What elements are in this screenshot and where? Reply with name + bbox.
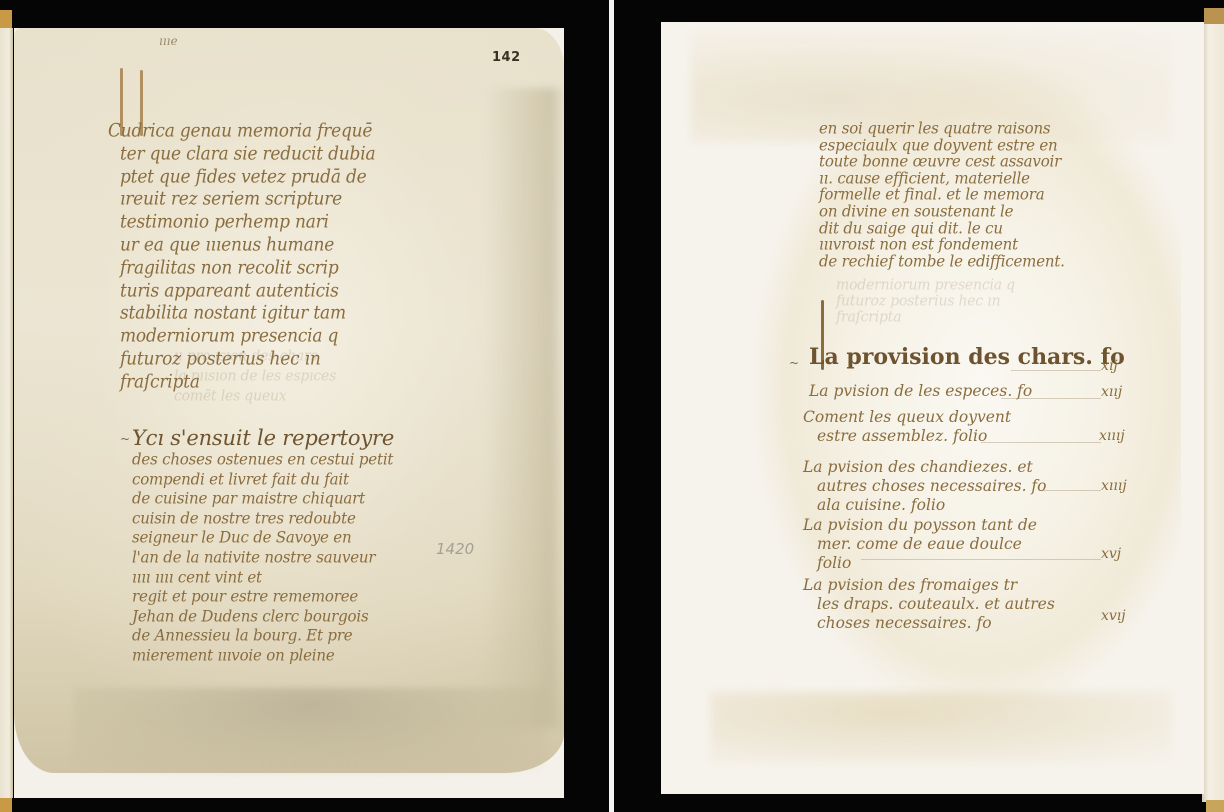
text-line: ıııı ıııı cent vint et bbox=[132, 567, 393, 588]
toc-entry-text: La pvision de les especes. fo bbox=[809, 382, 1032, 401]
continuation-text: en soi querir les quatre raisons especia… bbox=[819, 120, 1065, 269]
repertoire-heading: Ycı s'ensuit le repertoyre bbox=[132, 426, 394, 450]
show-through-text: ıı pro ısıon des chars la pıısıon de les… bbox=[174, 346, 336, 406]
text-line: moderniorum presencia q bbox=[836, 276, 1015, 293]
right-page: en soi querir les quatre raisons especia… bbox=[661, 22, 1204, 794]
toc-entry-text: La pvision du poysson tant de bbox=[803, 516, 1037, 535]
left-book-edge bbox=[0, 28, 13, 798]
text-line: l'an de la nativite nostre sauveur bbox=[132, 547, 393, 568]
text-line: testimonio perhemp nari bbox=[108, 210, 375, 235]
folio-number: 142 bbox=[492, 50, 521, 65]
toc-entry-text: choses necessaires. fo bbox=[803, 614, 1055, 633]
text-line: de rechief tombe le edifficement. bbox=[819, 252, 1065, 270]
clasp-bottom-right bbox=[1206, 800, 1224, 812]
text-line: compendi et livret fait du fait bbox=[132, 469, 393, 490]
toc-entry-text: les draps. couteaulx. et autres bbox=[803, 595, 1055, 614]
text-line: ur ea que ıııenus humane bbox=[108, 233, 375, 258]
water-stain-bottom bbox=[711, 692, 1171, 762]
toc-entry: Coment les queux doyvent estre assemblez… bbox=[803, 408, 1011, 446]
text-line: cuisin de nostre tres redoubte bbox=[132, 508, 393, 529]
right-book-edge bbox=[1202, 22, 1224, 802]
text-line: fragilitas non recolit scrip bbox=[108, 256, 375, 281]
folio-ref: xıj bbox=[1101, 358, 1118, 374]
text-line: ptet que fides vetez prudā de bbox=[108, 165, 375, 190]
text-line: de cuisine par maistre chiquart bbox=[132, 488, 393, 509]
leader-line bbox=[1011, 370, 1101, 371]
toc-entry: La provision des chars. fo bbox=[809, 348, 1125, 369]
manuscript-spread: ıııe 142 Cudrica genau memoria frequē te… bbox=[0, 0, 1224, 812]
text-line: ıreuit rez seriem scripture bbox=[108, 187, 375, 212]
folio-ref: xvj bbox=[1101, 546, 1121, 562]
text-line: Cudrica genau memoria frequē bbox=[108, 119, 375, 144]
toc-entry-text: La provision des chars. fo bbox=[809, 344, 1125, 370]
text-line: de Annessieu la bourg. Et pre bbox=[132, 626, 393, 647]
text-line: des choses ostenues en cestui petit bbox=[132, 449, 393, 470]
leader-line bbox=[981, 442, 1101, 443]
text-line: stabilita nostant igitur tam bbox=[108, 301, 375, 326]
clasp-top-right bbox=[1204, 8, 1224, 24]
folio-ref: xııj bbox=[1101, 384, 1122, 400]
paragraph-mark: ~ bbox=[120, 432, 130, 446]
show-through-text: moderniorum presencia q futuroz posteriu… bbox=[836, 277, 1015, 325]
top-note: ıııe bbox=[159, 34, 178, 48]
text-line: comēt les queux bbox=[174, 385, 336, 407]
pencil-note: 1420 bbox=[436, 540, 474, 558]
folio-ref: xvıj bbox=[1101, 608, 1126, 624]
clasp-bottom-left bbox=[0, 798, 12, 812]
text-line: ıı pro ısıon des chars bbox=[174, 345, 336, 367]
toc-entry-text: La pvision des chandiezes. et bbox=[803, 458, 1047, 477]
text-line: turis appareant autenticis bbox=[108, 279, 375, 304]
leader-line bbox=[1041, 490, 1101, 491]
water-stain-edge bbox=[484, 88, 564, 728]
folio-ref: xıııj bbox=[1099, 428, 1125, 444]
text-line: mierement ıııvoie on pleine bbox=[132, 645, 393, 666]
toc-entry: La pvision du poysson tant de mer. come … bbox=[803, 516, 1037, 573]
text-line: ter que clara sie reducit dubia bbox=[108, 142, 375, 167]
text-line: la pıısıon de les espıces bbox=[174, 365, 336, 387]
toc-entry: La pvision de les especes. fo bbox=[809, 382, 1032, 401]
toc-entry-text: estre assemblez. folio bbox=[803, 427, 1011, 446]
text-line: fraſcripta bbox=[836, 308, 1015, 325]
clasp-top-left bbox=[0, 10, 12, 28]
text-line: futuroz posterius hec ın bbox=[836, 292, 1015, 309]
text-line: Jehan de Dudens clerc bourgois bbox=[132, 606, 393, 627]
toc-entry-text: mer. come de eaue doulce bbox=[803, 535, 1037, 554]
toc-entry: La pvision des fromaiges tr les draps. c… bbox=[803, 576, 1055, 633]
left-page: ıııe 142 Cudrica genau memoria frequē te… bbox=[14, 28, 564, 798]
leader-line bbox=[1001, 398, 1101, 399]
toc-entry: La pvision des chandiezes. et autres cho… bbox=[803, 458, 1047, 515]
repertoire-text: des choses ostenues en cestui petit comp… bbox=[132, 450, 393, 666]
toc-entry-text: autres choses necessaires. fo bbox=[803, 477, 1047, 496]
text-line: seigneur le Duc de Savoye en bbox=[132, 528, 393, 549]
toc-entry-text: ala cuisine. folio bbox=[803, 496, 1047, 515]
folio-ref: xıııj bbox=[1101, 478, 1127, 494]
toc-entry-text: La pvision des fromaiges tr bbox=[803, 576, 1055, 595]
toc-entry-text: Coment les queux doyvent bbox=[803, 408, 1011, 427]
leader-line bbox=[861, 559, 1101, 560]
toc-entry-text: folio bbox=[803, 554, 1037, 573]
page-divider bbox=[609, 0, 614, 812]
paragraph-mark: ~ bbox=[789, 356, 799, 370]
text-line: regit et pour estre rememoree bbox=[132, 586, 393, 607]
water-stain-bottom bbox=[74, 688, 544, 773]
